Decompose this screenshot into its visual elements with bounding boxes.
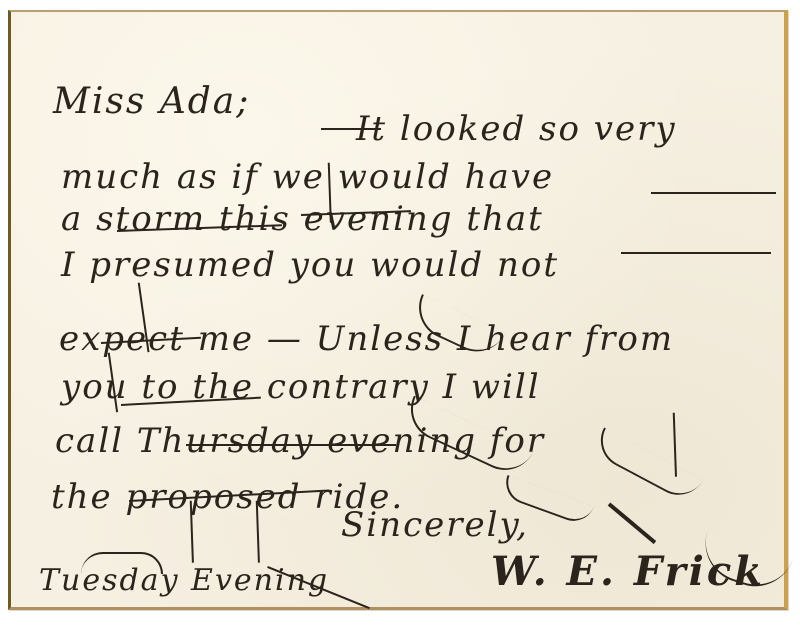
pen-stroke: [608, 502, 657, 544]
body-line: I presumed you would not: [61, 248, 559, 282]
pen-stroke: [186, 444, 396, 446]
body-line: much as if we would have: [61, 160, 554, 194]
pen-flourish: [591, 427, 703, 504]
body-line: It looked so very: [356, 112, 677, 146]
page: Miss Ada; It looked so very much as if w…: [0, 0, 800, 628]
pen-stroke: [673, 413, 677, 477]
date-line: Tuesday Evening: [39, 566, 329, 596]
body-line: you to the contrary I will: [61, 370, 541, 404]
pen-stroke: [621, 252, 771, 254]
letter-card: Miss Ada; It looked so very much as if w…: [8, 10, 788, 610]
body-line: call Thursday evening for: [55, 424, 545, 458]
signature: W. E. Frick: [491, 552, 765, 592]
closing: Sincerely,: [341, 508, 529, 542]
salutation: Miss Ada;: [53, 84, 250, 120]
pen-stroke: [321, 128, 381, 130]
pen-stroke: [651, 192, 776, 194]
